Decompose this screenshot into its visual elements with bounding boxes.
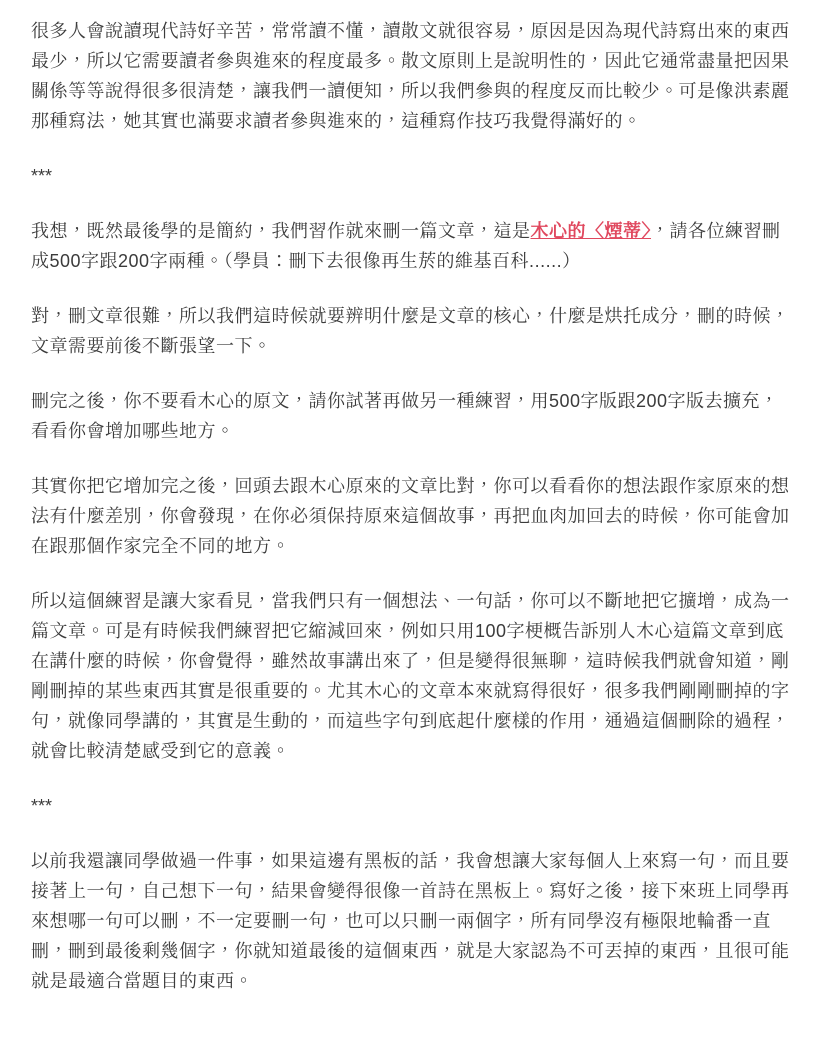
paragraph-compare-with-original: 其實你把它增加完之後，回頭去跟木心原來的文章比對，你可以看看你的想法跟作家原來的…: [31, 471, 797, 561]
article-body: 很多人會說讀現代詩好辛苦，常常讀不懂，讀散文就很容易，原因是因為現代詩寫出來的東…: [0, 0, 829, 1061]
paragraph-text-before-link: 我想，既然最後學的是簡約，我們習作就來刪一篇文章，這是: [31, 221, 531, 241]
paragraph-modern-poetry: 很多人會說讀現代詩好辛苦，常常讀不懂，讀散文就很容易，原因是因為現代詩寫出來的東…: [31, 16, 797, 136]
paragraph-exercise-intro: 我想，既然最後學的是簡約，我們習作就來刪一篇文章，這是木心的〈煙蒂〉，請各位練習…: [31, 216, 797, 276]
paragraph-deleting-difficulty: 對，刪文章很難，所以我們這時候就要辨明什麼是文章的核心，什麼是烘托成分，刪的時候…: [31, 301, 797, 361]
paragraph-blackboard-activity: 以前我還讓同學做過一件事，如果這邊有黑板的話，我會想讓大家每個人上來寫一句，而且…: [31, 846, 797, 996]
section-separator: ***: [31, 161, 797, 191]
moxin-cigarette-butt-link[interactable]: 木心的〈煙蒂〉: [531, 221, 652, 241]
section-separator: ***: [31, 791, 797, 821]
paragraph-expansion-exercise: 刪完之後，你不要看木心的原文，請你試著再做另一種練習，用500字版跟200字版去…: [31, 386, 797, 446]
paragraph-exercise-purpose: 所以這個練習是讓大家看見，當我們只有一個想法、一句話，你可以不斷地把它擴增，成為…: [31, 586, 797, 766]
